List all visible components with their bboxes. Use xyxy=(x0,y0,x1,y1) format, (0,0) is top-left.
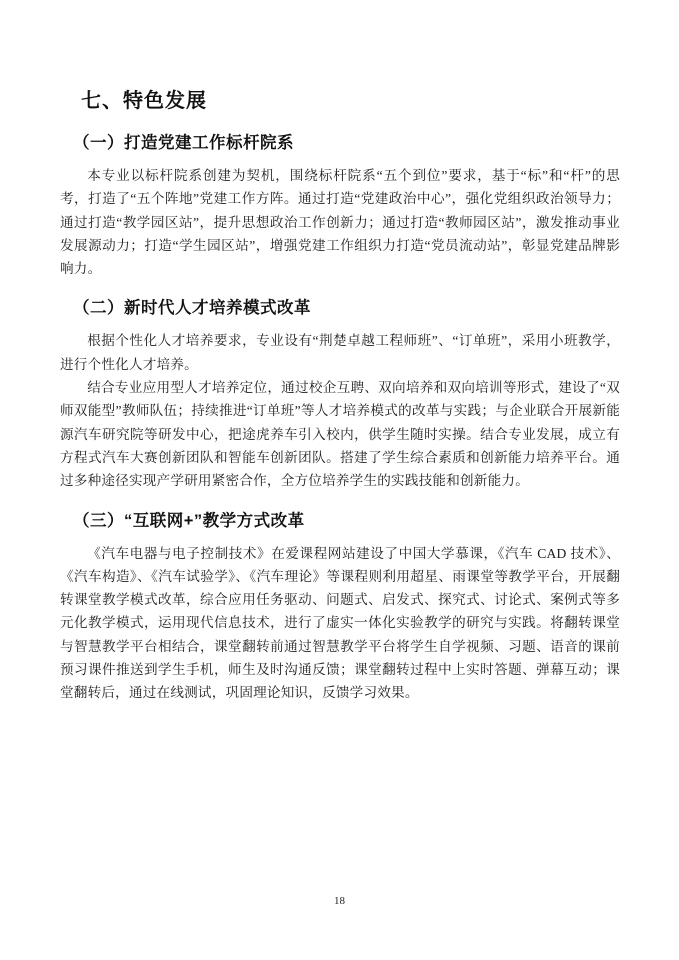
section-1-paragraph-1: 本专业以标杆院系创建为契机，围绕标杆院系“五个到位”要求，基于“标”和“杆”的思… xyxy=(60,164,620,280)
section-1-title: （一）打造党建工作标杆院系 xyxy=(73,129,620,153)
section-talent-training: （二）新时代人才培养模式改革 根据个性化人才培养要求，专业设有“荆楚卓越工程师班… xyxy=(60,294,620,492)
document-page: 七、特色发展 （一）打造党建工作标杆院系 本专业以标杆院系创建为契机，围绕标杆院… xyxy=(0,0,679,960)
page-number: 18 xyxy=(0,895,679,907)
section-2-paragraph-1: 根据个性化人才培养要求，专业设有“荆楚卓越工程师班”、“订单班”，采用小班教学，… xyxy=(60,329,620,376)
section-2-paragraph-2: 结合专业应用型人才培养定位，通过校企互聘、双向培养和双向培训等形式，建设了“双师… xyxy=(60,376,620,492)
page-content: 七、特色发展 （一）打造党建工作标杆院系 本专业以标杆院系创建为契机，围绕标杆院… xyxy=(60,84,620,705)
section-3-paragraph-1: 《汽车电器与电子控制技术》在爱课程网站建设了中国大学慕课，《汽车 CAD 技术》… xyxy=(60,542,620,705)
section-internet-plus-teaching: （三）“互联网+”教学方式改革 《汽车电器与电子控制技术》在爱课程网站建设了中国… xyxy=(60,507,620,705)
section-party-building: （一）打造党建工作标杆院系 本专业以标杆院系创建为契机，围绕标杆院系“五个到位”… xyxy=(60,129,620,280)
section-3-title: （三）“互联网+”教学方式改革 xyxy=(73,507,620,531)
section-2-title: （二）新时代人才培养模式改革 xyxy=(73,294,620,318)
page-heading: 七、特色发展 xyxy=(81,84,620,113)
